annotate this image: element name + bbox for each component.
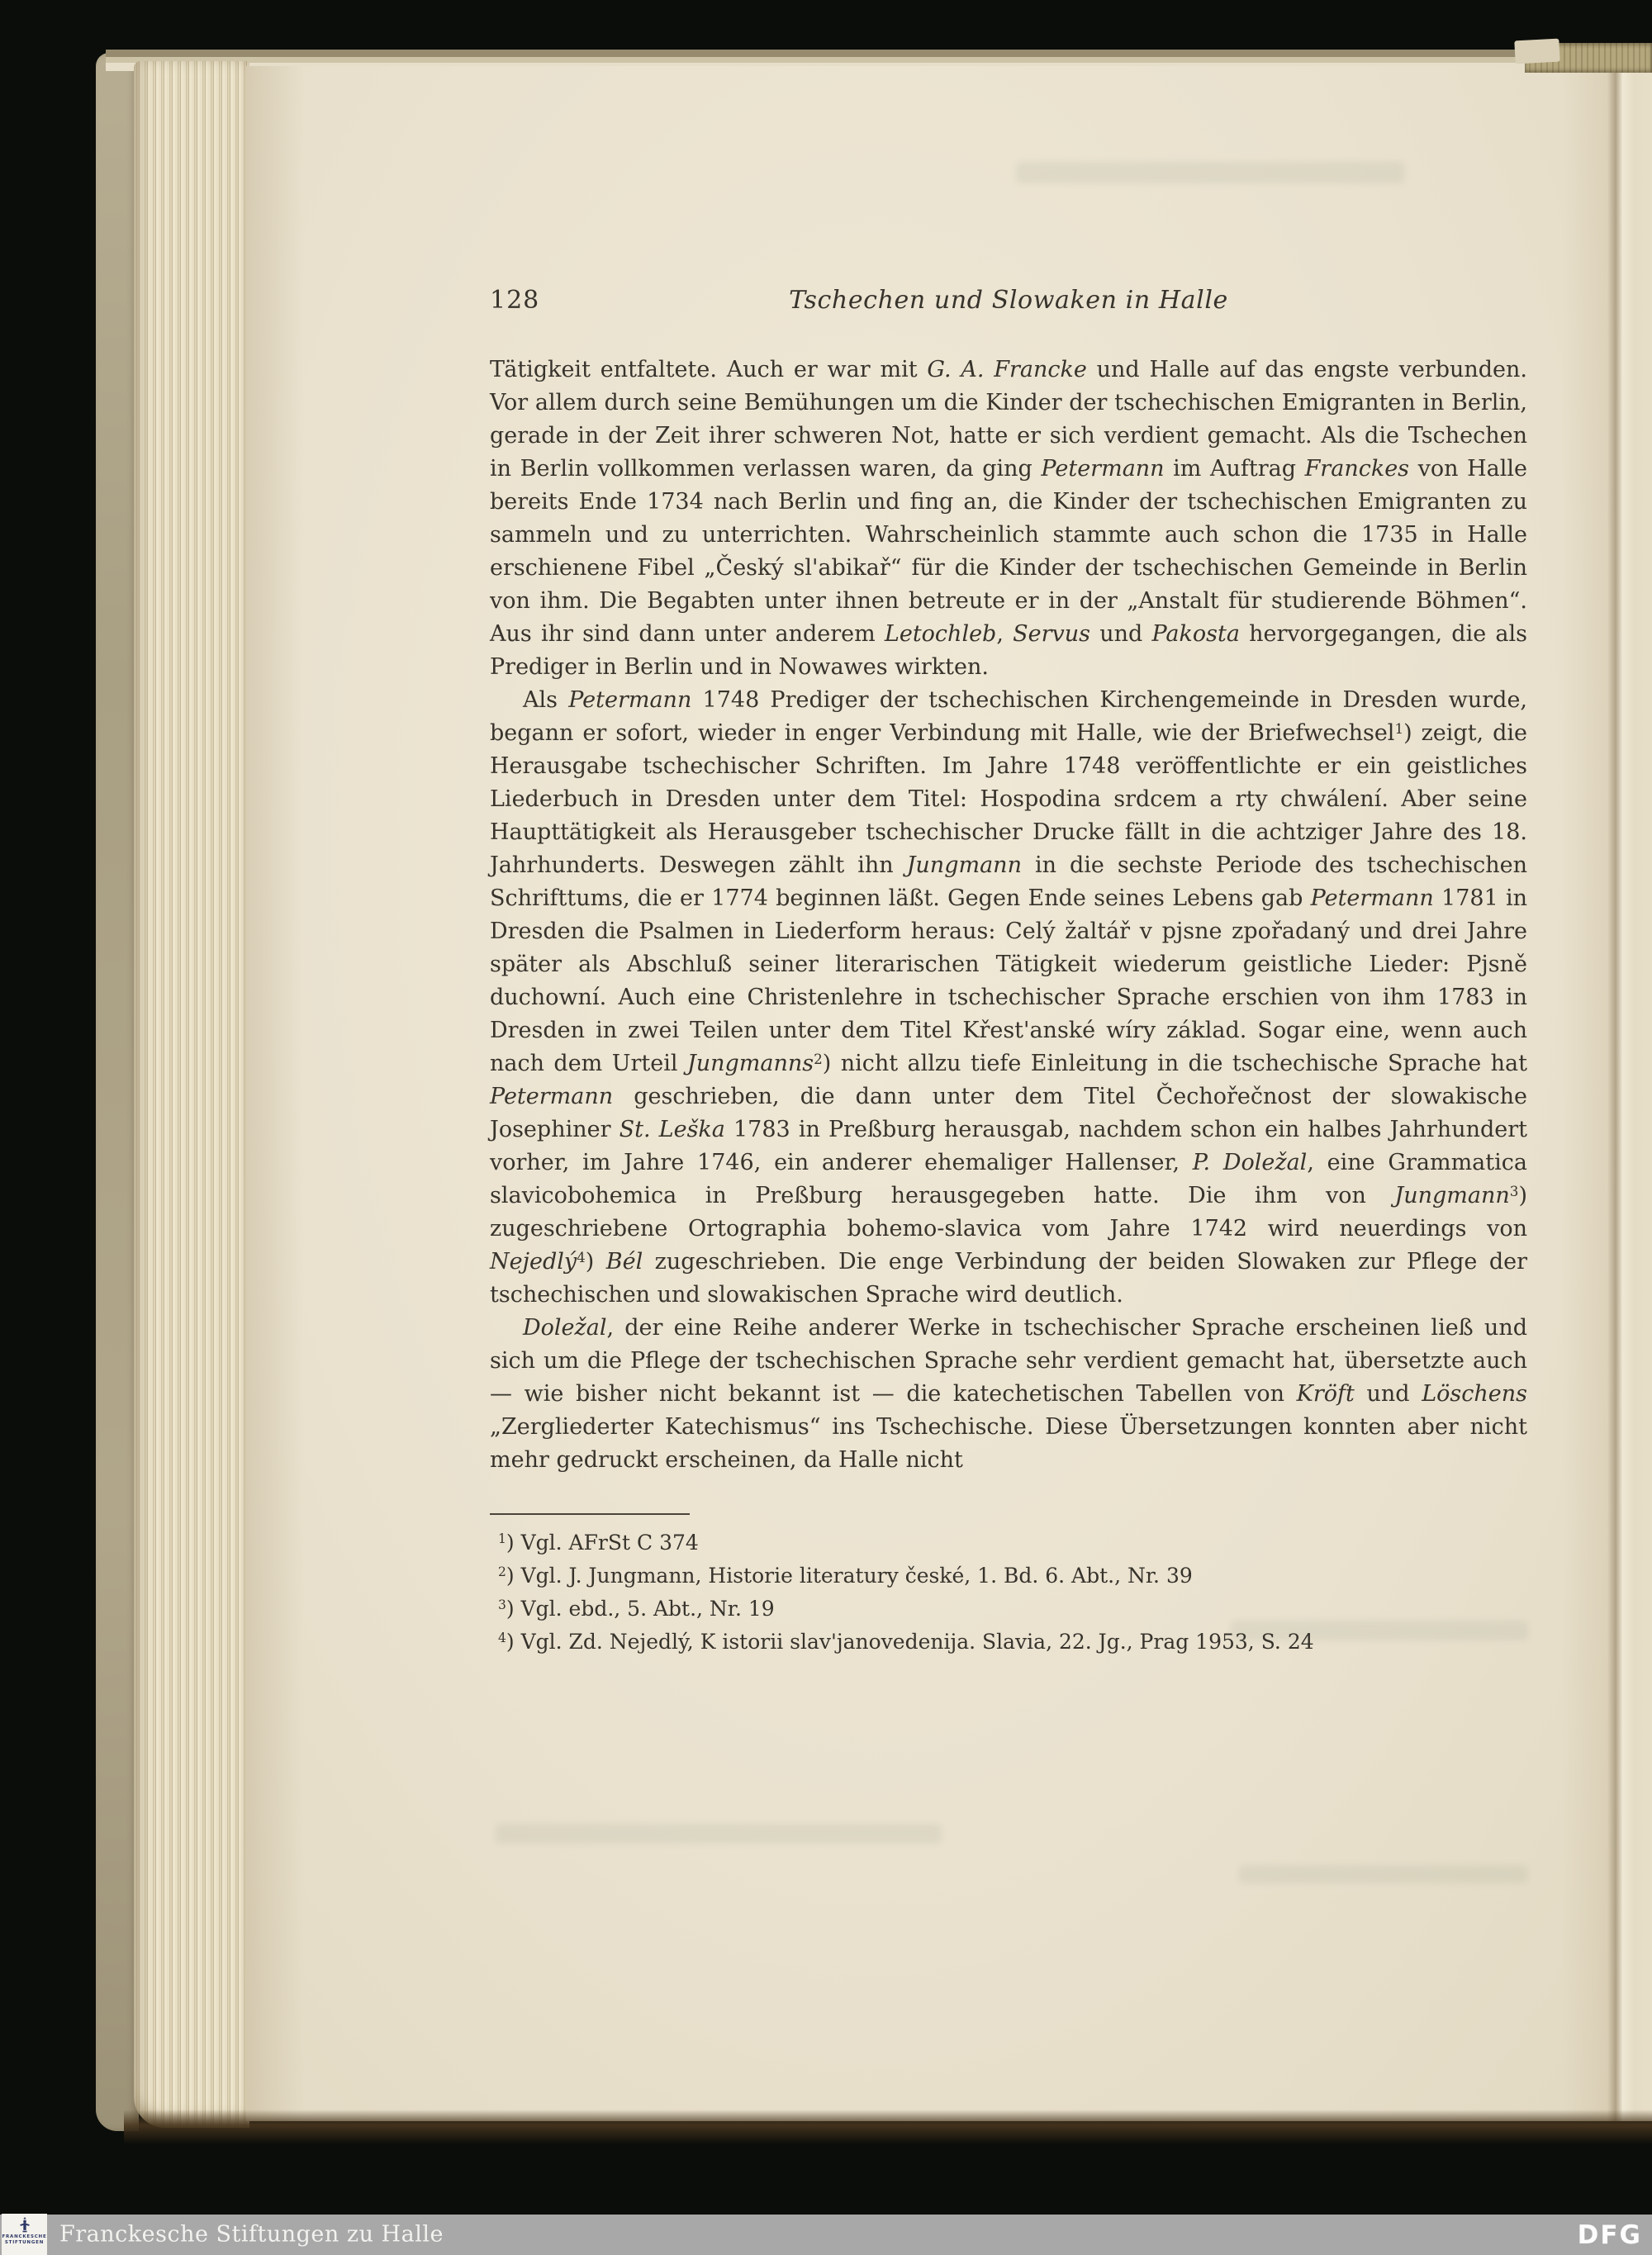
dfg-logo: DFG: [1578, 2220, 1642, 2250]
body-text: Tätigkeit entfaltete. Auch er war mit G.…: [490, 354, 1527, 1477]
paragraph: Als Petermann 1748 Prediger der tschechi…: [490, 684, 1527, 1312]
running-head: 128 Tschechen und Slowaken in Halle: [490, 286, 1527, 316]
bleed-through: [1239, 1865, 1528, 1883]
franckesche-logo: FRANCKESCHE STIFTUNGEN: [2, 2214, 47, 2255]
institution-name: Franckesche Stiftungen zu Halle: [59, 2221, 444, 2247]
book-headband-tab: [1514, 39, 1559, 64]
footnote-rule: [490, 1513, 690, 1515]
book-cover-edge: [96, 53, 139, 2131]
footer-bar: FRANCKESCHE STIFTUNGEN Franckesche Stift…: [0, 2215, 1652, 2255]
page-text-column: 128 Tschechen und Slowaken in Halle Täti…: [490, 286, 1527, 1659]
paragraph: Doležal, der eine Reihe anderer Werke in…: [490, 1312, 1527, 1477]
paragraph: Tätigkeit entfaltete. Auch er war mit G.…: [490, 354, 1527, 684]
footnote: 4) Vgl. Zd. Nejedlý, K istorii slav'jano…: [490, 1626, 1527, 1659]
running-title: Tschechen und Slowaken in Halle: [490, 286, 1527, 315]
footnotes: 1) Vgl. AFrSt C 3742) Vgl. J. Jungmann, …: [490, 1526, 1527, 1659]
bleed-through: [496, 1824, 942, 1844]
scanned-book-viewer: 128 Tschechen und Slowaken in Halle Täti…: [0, 0, 1652, 2255]
footnote: 1) Vgl. AFrSt C 374: [490, 1526, 1527, 1560]
footnote: 3) Vgl. ebd., 5. Abt., Nr. 19: [490, 1593, 1527, 1626]
logo-figure-icon: [17, 2216, 33, 2234]
page-gutter: [1607, 66, 1622, 2121]
footnote: 2) Vgl. J. Jungmann, Historie literatury…: [490, 1560, 1527, 1593]
bleed-through: [1016, 162, 1404, 183]
page-edge-stack: [134, 61, 249, 2128]
page-bottom-shadow: [124, 2110, 1652, 2144]
facing-page-sliver: [1622, 71, 1652, 2121]
logo-caption-line2: STIFTUNGEN: [5, 2240, 44, 2246]
